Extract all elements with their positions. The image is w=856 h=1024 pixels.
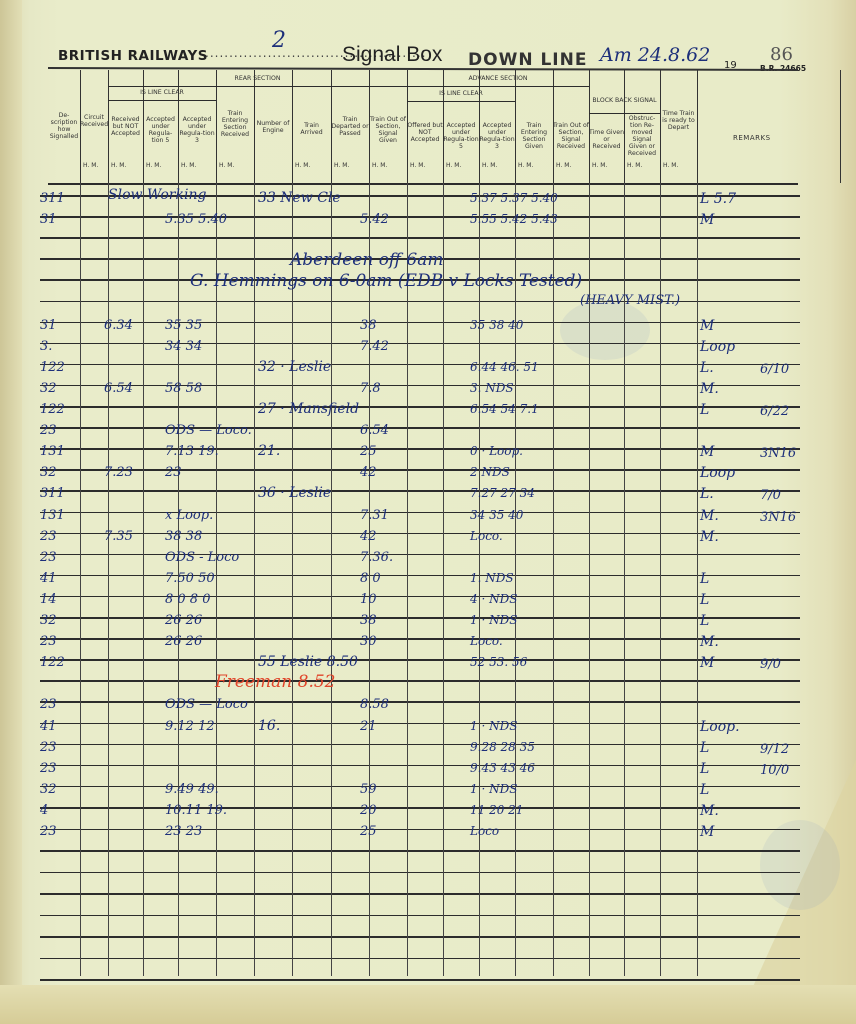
train-description-code: 32 (40, 613, 57, 628)
hm-label: H. M. (334, 162, 349, 169)
col-train-departed: Train Departed or Passed (331, 116, 369, 137)
col-engine-number: Number of Engine (254, 120, 292, 134)
col-bb-obstruction: Obstruc-tion Re-moved Signal Given or Re… (624, 115, 660, 157)
block-back-heading: BLOCK BACK SIGNAL (589, 97, 660, 104)
rear-section-times: 38 38 (165, 529, 202, 544)
train-out-of-section-time: 25 (360, 444, 377, 459)
remark-code: M. (700, 803, 719, 819)
hm-label: H. M. (663, 162, 678, 169)
column-divider (697, 70, 698, 183)
hm-label: H. M. (295, 162, 310, 169)
circuit-received-time: 6.54 (104, 381, 133, 396)
advance-section-times: 34 35 40 (470, 508, 523, 522)
row-rule (40, 385, 800, 387)
remark-code: M (700, 655, 714, 671)
page-bottom-edge (0, 985, 856, 1024)
remark-code: L 5.7 (700, 191, 736, 207)
rear-is-line-clear-heading: IS LINE CLEAR (108, 89, 216, 96)
group-rule (407, 86, 589, 87)
train-description-code: 41 (40, 571, 57, 586)
advance-section-times: 2 NDS (470, 465, 510, 479)
train-description-code: 122 (40, 402, 65, 417)
box-number-handwritten: 2 (272, 28, 286, 53)
row-rule (40, 936, 800, 938)
row-rule (40, 469, 800, 471)
train-description-code: 32 (40, 782, 57, 797)
col-description: De-scription how Signalled (48, 112, 80, 140)
train-out-of-section-time: 20 (360, 803, 377, 818)
rear-section-times: 58 58 (165, 381, 202, 396)
train-out-of-section-time: 5.42 (360, 212, 389, 227)
advance-section-times: 3. NDS (470, 381, 514, 395)
remark-time: 9/12 (760, 742, 789, 757)
train-description-code: 23 (40, 550, 57, 565)
remark-code: L (700, 613, 709, 629)
train-description-code: 23 (40, 697, 57, 712)
rear-section-times: 26 26 (165, 634, 202, 649)
hm-label: H. M. (482, 162, 497, 169)
row-rule (40, 958, 800, 960)
rear-section-times: x Loop. (165, 508, 213, 523)
rear-section-times: 35 35 (165, 318, 202, 333)
train-description-code: 122 (40, 360, 65, 375)
train-description-code: 31 (40, 212, 57, 227)
train-out-of-section-time: 59 (360, 782, 377, 797)
hm-label: H. M. (410, 162, 425, 169)
train-out-of-section-time: 6.54 (360, 423, 389, 438)
train-description-code: 14 (40, 592, 57, 607)
advance-section-times: 1. NDS (470, 571, 514, 585)
train-description-code: 23 (40, 634, 57, 649)
row-rule (40, 807, 800, 809)
row-rule (40, 872, 800, 874)
circuit-received-time: 6.34 (104, 318, 133, 333)
hm-label: H. M. (627, 162, 642, 169)
remark-code: Loop. (700, 719, 740, 735)
row-rule (40, 638, 800, 640)
row-rule (40, 237, 800, 239)
hm-label: H. M. (446, 162, 461, 169)
remark-code: L. (700, 486, 714, 502)
circuit-received-time: 7.35 (104, 529, 133, 544)
advance-section-times: 5.55 5.42 5.43 (470, 212, 558, 226)
train-description-code: 131 (40, 444, 65, 459)
row-rule (40, 765, 800, 767)
train-description-code: 41 (40, 719, 57, 734)
rear-section-times: 23 23 (165, 824, 202, 839)
row-rule (40, 216, 800, 218)
rear-section-times: ODS — Loco. (165, 423, 252, 438)
hm-label: H. M. (83, 162, 98, 169)
advance-section-times: 0 · Loop. (470, 444, 523, 458)
remark-time: 9/0 (760, 657, 781, 672)
advance-section-times: 5.37 5.37 5.40 (470, 191, 558, 205)
train-description-code: 31 (40, 318, 57, 333)
group-rule (589, 113, 660, 114)
col-rear-train-entering: Train Entering Section Received (216, 110, 254, 138)
train-destination: 36 · Leslie (258, 485, 331, 501)
book-spine (0, 0, 22, 1024)
remark-time: 3N16 (760, 510, 796, 525)
train-destination: 55 Leslie 8.50 (258, 654, 358, 670)
page-number: 86 (770, 44, 793, 65)
group-rule (108, 100, 216, 101)
ink-bleed (560, 300, 650, 360)
train-destination: 33 New Cle (258, 190, 341, 206)
remark-code: M. (700, 381, 719, 397)
col-adv-train-entering: Train Entering Section Given (515, 122, 553, 150)
row-rule (40, 490, 800, 492)
red-ink-signature: Freeman 8.52 (215, 672, 336, 692)
train-description-code: 23 (40, 824, 57, 839)
remark-time: 3N16 (760, 446, 796, 461)
remark-code: M (700, 212, 714, 228)
hm-label: H. M. (592, 162, 607, 169)
rear-section-times: 9.12 12 (165, 719, 215, 734)
train-out-of-section-time: 25 (360, 824, 377, 839)
row-rule (40, 850, 800, 852)
col-rear-train-out: Train Out of Section, Signal Given (369, 116, 407, 144)
train-destination: 16. (258, 718, 280, 734)
remark-code: L (700, 571, 709, 587)
train-description-code: 131 (40, 508, 65, 523)
header-bottom-rule (48, 183, 798, 185)
train-out-of-section-time: 7.42 (360, 339, 389, 354)
row-rule (40, 701, 800, 703)
circuit-received-time: 7.23 (104, 465, 133, 480)
train-out-of-section-time: 30 (360, 634, 377, 649)
train-destination: 27 · Mansfield (258, 401, 359, 417)
row-rule (40, 617, 800, 619)
row-rule (40, 427, 800, 429)
row-rule (40, 533, 800, 535)
remark-code: L (700, 761, 709, 777)
col-rear-accepted-reg5: Accepted under Regula-tion 5 (143, 116, 178, 144)
remark-code: M (700, 318, 714, 334)
rear-section-times: 9.49 49. (165, 782, 219, 797)
advance-is-line-clear-heading: IS LINE CLEAR (407, 90, 515, 97)
row-rule (40, 659, 800, 661)
hm-label: H. M. (372, 162, 387, 169)
row-rule (40, 786, 800, 788)
col-train-arrived: Train Arrived (292, 122, 331, 136)
remark-code: Loop (700, 465, 735, 481)
column-rule (553, 183, 554, 976)
rear-section-times: 7.50 50 (165, 571, 215, 586)
remark-code: L (700, 592, 709, 608)
advance-section-times: 6.44 46. 51 (470, 360, 539, 374)
column-rule (80, 183, 81, 976)
date-handwritten: Am 24.8.62 (600, 44, 710, 66)
handwritten-note: (HEAVY MIST.) (580, 293, 680, 308)
advance-section-times: Loco. (470, 634, 503, 648)
column-divider (840, 70, 841, 183)
advance-section-times: 11 20 21 (470, 803, 523, 817)
advance-section-times: 7.27 27 34 (470, 486, 535, 500)
ink-bleed (760, 820, 840, 910)
entry-text: Slow Working (108, 187, 206, 203)
handwritten-note: Aberdeen off 6am (290, 250, 443, 270)
train-destination: 21. (258, 443, 280, 459)
train-destination: 32 · Leslie (258, 359, 331, 375)
row-rule (40, 343, 800, 345)
remark-time: 6/10 (760, 362, 789, 377)
hm-label: H. M. (556, 162, 571, 169)
column-rule (407, 183, 408, 976)
col-time-ready: Time Train is ready to Depart (660, 110, 697, 131)
rear-section-heading: REAR SECTION (108, 75, 407, 82)
row-rule (40, 448, 800, 450)
rear-section-times: ODS — Loco (165, 697, 248, 712)
train-out-of-section-time: 38 (360, 613, 377, 628)
column-rule (143, 183, 144, 976)
signal-box-label: Signal Box (342, 43, 442, 67)
rear-section-times: 7.13 19. (165, 444, 219, 459)
remark-code: L (700, 782, 709, 798)
column-rule (331, 183, 332, 976)
train-out-of-section-time: 7.31 (360, 508, 389, 523)
rear-section-times: 23 (165, 465, 182, 480)
col-rear-accepted-reg3: Accepted under Regula-tion 3 (178, 116, 216, 144)
rear-section-times: 26 26 (165, 613, 202, 628)
train-out-of-section-time: 42 (360, 465, 377, 480)
row-rule (40, 364, 800, 366)
row-rule (40, 301, 800, 303)
remark-code: L (700, 740, 709, 756)
row-rule (40, 723, 800, 725)
advance-section-times: 1 · NDS (470, 613, 517, 627)
train-description-code: 23 (40, 529, 57, 544)
remark-time: 10/0 (760, 763, 789, 778)
column-divider (589, 70, 590, 183)
advance-section-times: Loco. (470, 529, 503, 543)
rear-section-times: 34 34 (165, 339, 202, 354)
rear-section-times: 10.11 19. (165, 803, 227, 818)
train-out-of-section-time: 10 (360, 592, 377, 607)
column-rule (108, 183, 109, 976)
advance-section-times: Loco (470, 824, 499, 838)
col-adv-train-out: Train Out of Section, Signal Received (553, 122, 589, 150)
col-circuit-received: Circuit Received (80, 114, 108, 128)
train-description-code: 23 (40, 423, 57, 438)
column-rule (254, 183, 255, 976)
advance-section-times: 9.43 43 46 (470, 761, 535, 775)
remark-code: Loop (700, 339, 735, 355)
col-bb-time-given: Time Given or Received (589, 129, 624, 150)
row-rule (40, 406, 800, 408)
row-rule (40, 680, 800, 682)
group-rule (108, 86, 407, 87)
train-description-code: 311 (40, 191, 65, 206)
train-description-code: 122 (40, 655, 65, 670)
remark-code: L (700, 402, 709, 418)
hm-label: H. M. (219, 162, 234, 169)
train-description-code: 23 (40, 761, 57, 776)
col-adv-accepted-reg5: Accepted under Regula-tion 5 (443, 122, 479, 150)
remark-code: M. (700, 508, 719, 524)
row-rule (40, 979, 800, 981)
train-description-code: 32 (40, 381, 57, 396)
train-out-of-section-time: 42 (360, 529, 377, 544)
column-rule (216, 183, 217, 976)
remark-code: M (700, 824, 714, 840)
row-rule (40, 893, 800, 895)
column-rule (697, 183, 698, 976)
train-description-code: 311 (40, 486, 65, 501)
advance-section-times: 4 · NDS (470, 592, 517, 606)
row-rule (40, 596, 800, 598)
remark-code: M (700, 444, 714, 460)
row-rule (40, 744, 800, 746)
row-rule (40, 915, 800, 917)
train-description-code: 3. (40, 339, 52, 354)
train-out-of-section-time: 38 (360, 318, 377, 333)
remark-time: 7/0 (760, 488, 781, 503)
row-rule (40, 322, 800, 324)
remark-code: L. (700, 360, 714, 376)
advance-section-times: 1 · NDS (470, 719, 517, 733)
row-rule (40, 829, 800, 831)
train-description-code: 32 (40, 465, 57, 480)
col-rear-received-not-accepted: Received but NOT Accepted (108, 116, 143, 137)
row-rule (40, 554, 800, 556)
train-out-of-section-time: 21 (360, 719, 377, 734)
column-rule (292, 183, 293, 976)
train-description-code: 4 (40, 803, 48, 818)
train-out-of-section-time: 8.58 (360, 697, 389, 712)
hm-label: H. M. (518, 162, 533, 169)
row-rule (40, 575, 800, 577)
advance-section-times: 52 53. 56 (470, 655, 527, 669)
train-out-of-section-time: 7.8 (360, 381, 381, 396)
rear-section-times: 8 0 8 0 (165, 592, 210, 607)
header-rule (48, 67, 798, 71)
hm-label: H. M. (146, 162, 161, 169)
register-page: BRITISH RAILWAYS .......................… (0, 0, 856, 1024)
rear-section-times: ODS - Loco (165, 550, 239, 565)
remark-time: 6/22 (760, 404, 789, 419)
advance-section-times: 9.28 28 35 (470, 740, 535, 754)
advance-section-times: 1 · NDS (470, 782, 517, 796)
handwritten-note: G. Hemmings on 6-0am (EDB v Locks Tested… (190, 271, 582, 291)
group-rule (407, 101, 515, 102)
advance-section-heading: ADVANCE SECTION (407, 75, 589, 82)
advance-section-times: 6.54 54 7.1 (470, 402, 539, 416)
title-british-railways: BRITISH RAILWAYS (58, 48, 208, 64)
col-remarks: REMARKS (733, 134, 771, 142)
col-adv-accepted-reg3: Accepted under Regula-tion 3 (479, 122, 515, 150)
hm-label: H. M. (181, 162, 196, 169)
train-description-code: 23 (40, 740, 57, 755)
advance-section-times: 35 38 40 (470, 318, 523, 332)
train-out-of-section-time: 8 0 (360, 571, 381, 586)
rear-section-times: 5.35 5.40 (165, 212, 227, 227)
train-out-of-section-time: 7.36. (360, 550, 393, 565)
column-rule (443, 183, 444, 976)
line-label: DOWN LINE (468, 50, 587, 70)
remark-code: M. (700, 634, 719, 650)
column-rule (515, 183, 516, 976)
hm-label: H. M. (111, 162, 126, 169)
remark-code: M. (700, 529, 719, 545)
col-adv-offered-not-accepted: Offered but NOT Accepted (407, 122, 443, 143)
row-rule (40, 512, 800, 514)
